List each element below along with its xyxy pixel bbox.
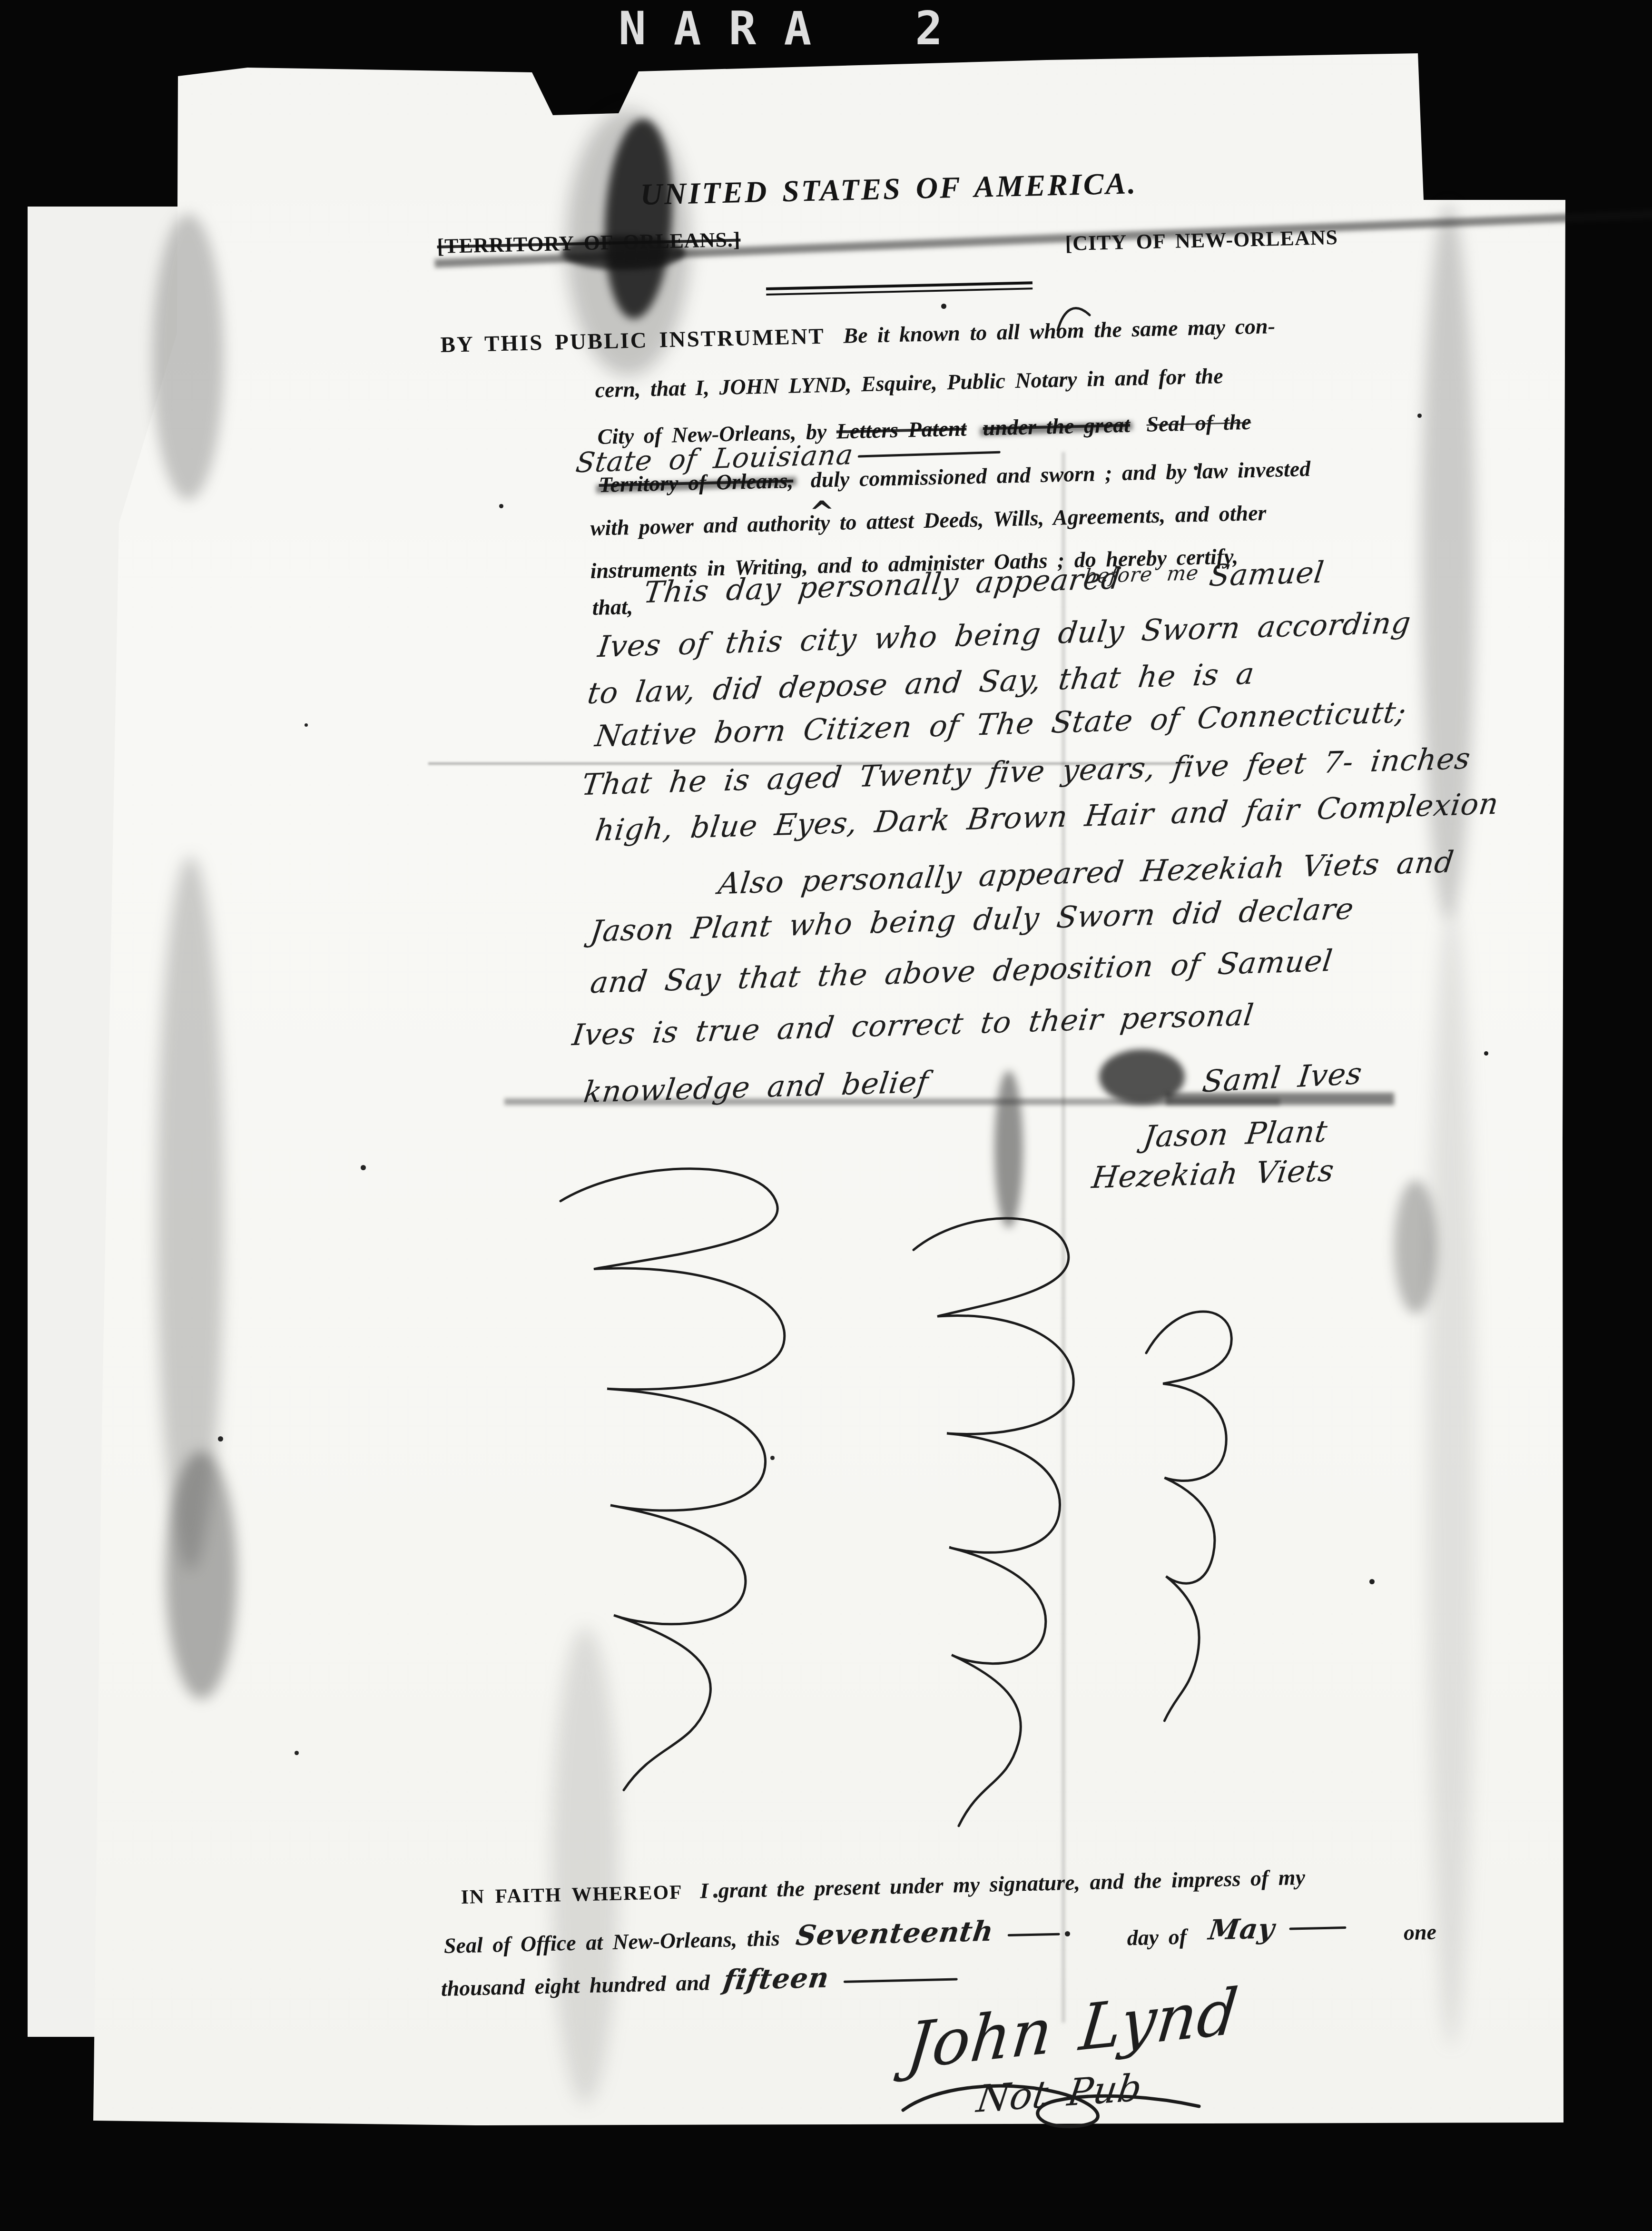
struck-under-the-great: under the great (983, 413, 1130, 440)
day-handwritten: Seventeenth (794, 1915, 995, 1952)
stain-right-margin (1394, 1180, 1437, 1313)
film-frame-label: NARA2 (619, 2, 943, 55)
closing-line2-prefix: Seal of Office at New-Orleans, this (443, 1926, 780, 1958)
struck-territory: Territory of Orleans, (599, 468, 794, 497)
closing-line2-suffix: one (1403, 1920, 1436, 1945)
pen-flourish-left (514, 1149, 847, 1797)
month-dash (1289, 1926, 1346, 1930)
deposition-line-0b: Samuel (1207, 555, 1326, 593)
printed-that: that, (592, 594, 633, 620)
month-handwritten: May (1206, 1912, 1277, 1946)
dust-specks (305, 723, 308, 727)
insertion-dash (857, 451, 1001, 458)
closing-line2-mid: day of (1127, 1925, 1187, 1950)
line3-suffix: Seal of the (1146, 410, 1251, 436)
archive-label: NARA (619, 2, 839, 55)
signature-witness-2: Hezekiah Viets (1090, 1153, 1337, 1195)
water-stain-left-dark (166, 1451, 237, 1699)
year-dash (844, 1978, 958, 1983)
closing-opening-phrase: IN FAITH WHEREOF (461, 1881, 683, 1908)
water-stain-left-upper (152, 214, 224, 500)
closing-line3-prefix: thousand eight hundred and (441, 1970, 710, 2001)
pen-flourish-middle (880, 1199, 1118, 1832)
signature-witness-1: Jason Plant (1141, 1114, 1330, 1155)
microfilm-frame: NARA2 UNITED STATES OF AMERICA. [TERRITO… (0, 0, 1652, 2231)
water-stain-right-lower (1427, 904, 1475, 2046)
day-dash (1008, 1933, 1060, 1936)
year-handwritten: fifteen (721, 1961, 831, 1996)
frame-number: 2 (915, 2, 943, 55)
pen-flourish-right (1116, 1287, 1268, 1725)
